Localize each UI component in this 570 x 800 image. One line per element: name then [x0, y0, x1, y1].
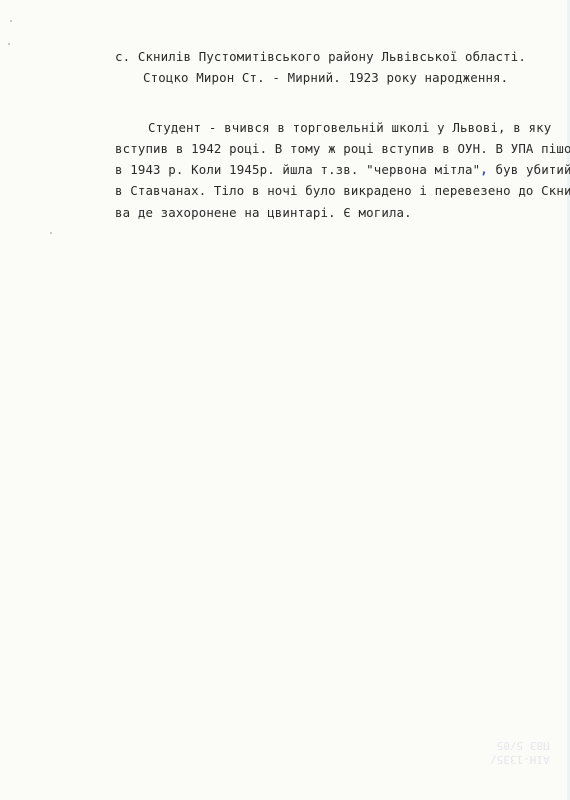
stamp-line-1: АІН-1335/: [490, 752, 550, 766]
margin-mark: [8, 43, 10, 45]
header-line-person: Стоцко Мирон Ст. - Мирний. 1923 року нар…: [143, 70, 508, 86]
body-line-3-space: [488, 162, 496, 177]
body-line-1: Студент - вчився в торговельній школі у …: [148, 120, 551, 136]
body-line-4: в Ставчанах. Тіло в ночі було викрадено …: [115, 183, 570, 199]
margin-mark: [50, 232, 52, 234]
body-line-3-text: в 1943 р. Коли 1945р. йшла т.зв. "червон…: [115, 162, 480, 177]
document-page: с. Скнилів Пустомитівського району Львів…: [0, 0, 570, 800]
margin-mark: [10, 20, 12, 22]
body-line-3-end: був убитий: [496, 162, 570, 177]
body-line-2: вступив в 1942 році. В тому ж році вступ…: [115, 141, 570, 157]
handwritten-comma: ,: [480, 162, 488, 177]
stamp-line-2: П83 5/05: [490, 738, 550, 752]
header-line-location: с. Скнилів Пустомитівського району Львів…: [115, 49, 526, 65]
body-line-5: ва де захоронене на цвинтарі. Є могила.: [115, 205, 412, 221]
body-line-3: в 1943 р. Коли 1945р. йшла т.зв. "червон…: [115, 162, 570, 178]
archive-stamp-bleedthrough: АІН-1335/ П83 5/05: [490, 738, 550, 766]
